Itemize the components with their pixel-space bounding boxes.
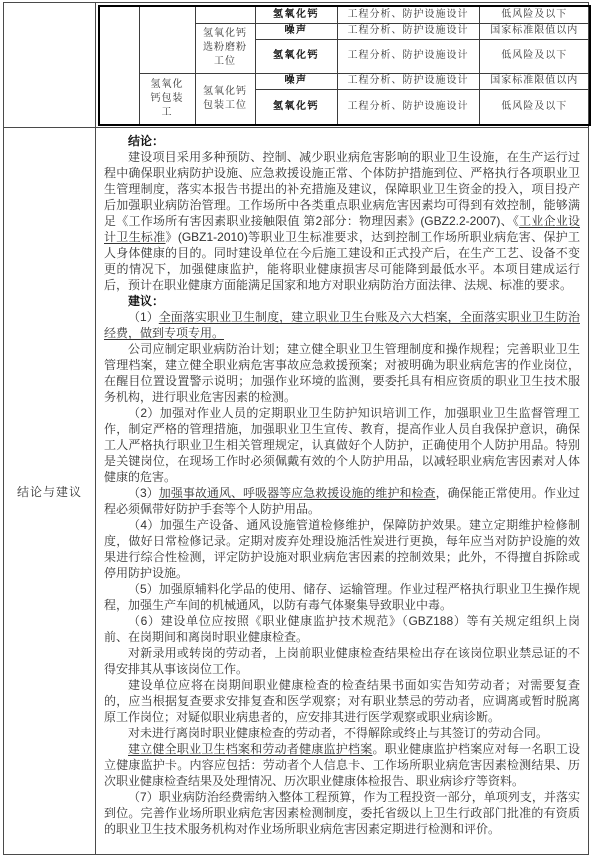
suggestion-4: （4）加强生产设备、通风设施管道检修维护，保障防护效果。建立定期维护检修制度，做…	[104, 517, 580, 581]
text-segment: 建设单位应将在岗期间职业健康检查的检查结果书面如实告知劳动者；对需要复查的，应当…	[104, 678, 580, 724]
report-outer-table: 氢氧化钙 工程分析、防护设施设计 低风险及以下 氢氧化钙选粉磨粉工位 噪声 工程…	[3, 2, 589, 855]
conclusion-section: 结论与建议 结论：建设项目采用多种预防、控制、减少职业病危害影响的职业卫生设施，…	[4, 128, 588, 854]
conclusion-heading: 结论：	[104, 133, 580, 149]
measure-cell: 工程分析、防护设施设计	[337, 23, 479, 39]
text-segment: （4）加强生产设备、通风设施管道检修维护，保障防护效果。建立定期维护检修制度，做…	[104, 518, 580, 580]
hazard-table-container: 氢氧化钙 工程分析、防护设施设计 低风险及以下 氢氧化钙选粉磨粉工位 噪声 工程…	[96, 3, 588, 127]
conclusion-text-area: 结论：建设项目采用多种预防、控制、减少职业病危害影响的职业卫生设施，在生产运行过…	[96, 128, 588, 854]
suggestion-6d: 对未进行离岗时职业健康检查的劳动者，不得解除或终止与其签订的劳动合同。	[104, 725, 580, 741]
conclusion-content-cell: 结论：建设项目采用多种预防、控制、减少职业病危害影响的职业卫生设施，在生产运行过…	[96, 128, 588, 854]
measure-cell: 工程分析、防护设施设计	[337, 39, 479, 73]
suggestion-5: （5）加强原辅料化学品的使用、储存、运输管理。作业过程严格执行职业卫生操作规程，…	[104, 581, 580, 613]
suggestion-2: （2）加强对作业人员的定期职业卫生防护知识培训工作，加强职业卫生监督管理工作，制…	[104, 405, 580, 485]
suggestion-heading: 建议：	[104, 293, 580, 309]
text-segment: 建设项目采用多种预防、控制、减少职业病危害影响的职业卫生设施，在生产运行过程中确…	[104, 150, 580, 228]
text-segment: 对新录用或转岗的劳动者，上岗前职业健康检查结果检出存在该岗位职业禁忌证的不得安排…	[104, 646, 580, 676]
hazard-table-row-section: 氢氧化钙 工程分析、防护设施设计 低风险及以下 氢氧化钙选粉磨粉工位 噪声 工程…	[4, 3, 588, 128]
spacer-cell	[99, 6, 139, 125]
factor-cell: 氢氧化钙	[255, 6, 337, 23]
text-segment: （2）加强对作业人员的定期职业卫生防护知识培训工作，加强职业卫生监督管理工作，制…	[104, 406, 580, 484]
worker-cell-empty	[139, 6, 195, 73]
section-title: 结论与建议	[17, 483, 82, 500]
station-cell: 氢氧化钙包装工位	[195, 73, 255, 125]
risk-cell: 低风险及以下	[479, 39, 590, 73]
suggestion-6c: 建设单位应将在岗期间职业健康检查的检查结果书面如实告知劳动者；对需要复查的，应当…	[104, 677, 580, 725]
conclusion-body: 建设项目采用多种预防、控制、减少职业病危害影响的职业卫生设施，在生产运行过程中确…	[104, 149, 580, 293]
text-segment: （1）	[128, 310, 159, 324]
station-cell: 氢氧化钙选粉磨粉工位	[195, 23, 255, 73]
text-segment: （5）加强原辅料化学品的使用、储存、运输管理。作业过程严格执行职业卫生操作规程，…	[104, 582, 580, 612]
factor-cell: 噪声	[255, 73, 337, 89]
worker-cell: 氢氧化钙包装工	[139, 73, 195, 125]
suggestion-3: （3）加强事故通风、呼吸器等应急救援设施的维护和检查，确保能正常使用。作业过程必…	[104, 485, 580, 517]
underlined-text: 建立健全职业卫生档案和劳动者健康监护档案	[128, 742, 372, 756]
suggestion-1: （1）全面落实职业卫生制度，建立职业卫生台账及六大档案，全面落实职业卫生防治经费…	[104, 309, 580, 341]
suggestion-7: （7）职业病防治经费需纳入整体工程预算，作为工程投资一部分，单项列支，并落实到位…	[104, 789, 580, 837]
measure-cell: 工程分析、防护设施设计	[337, 73, 479, 89]
factor-cell: 氢氧化钙	[255, 39, 337, 73]
suggestion-6: （6）建设单位应按照《职业健康监护技术规范》（GBZ188）等有关规定组织上岗前…	[104, 613, 580, 645]
suggestion-6e: 建立健全职业卫生档案和劳动者健康监护档案。职业健康监护档案应对每一名职工设立健康…	[104, 741, 580, 789]
text-segment: （3）	[128, 486, 159, 500]
text-segment: 对未进行离岗时职业健康检查的劳动者，不得解除或终止与其签订的劳动合同。	[128, 726, 548, 740]
risk-cell: 国家标准限值以内	[479, 73, 590, 89]
underlined-text: 加强事故通风、呼吸器等应急救援设施的维护和检查	[159, 486, 436, 500]
report-page: 氢氧化钙 工程分析、防护设施设计 低风险及以下 氢氧化钙选粉磨粉工位 噪声 工程…	[0, 0, 595, 859]
conclusion-label-cell: 结论与建议	[4, 128, 96, 854]
suggestion-1b: 公司应制定职业病防治计划；建立健全职业卫生管理制度和操作规程；完善职业卫生管理档…	[104, 341, 580, 405]
measure-cell: 工程分析、防护设施设计	[337, 89, 479, 125]
risk-cell: 低风险及以下	[479, 89, 590, 125]
hazard-factor-table: 氢氧化钙 工程分析、防护设施设计 低风险及以下 氢氧化钙选粉磨粉工位 噪声 工程…	[98, 5, 591, 126]
table-row: 氢氧化钙包装工 氢氧化钙包装工位 噪声 工程分析、防护设施设计 国家标准限值以内	[99, 73, 590, 89]
risk-cell: 低风险及以下	[479, 6, 590, 23]
measure-cell: 工程分析、防护设施设计	[337, 6, 479, 23]
text-segment: （6）建设单位应按照《职业健康监护技术规范》（GBZ188）等有关规定组织上岗前…	[104, 614, 580, 644]
underlined-text: 全面落实职业卫生制度，建立职业卫生台账及六大档案，全面落实职业卫生防治经费，做到…	[104, 310, 580, 340]
text-segment: 结论：	[128, 134, 164, 148]
risk-cell: 国家标准限值以内	[479, 23, 590, 39]
factor-cell: 氢氧化钙	[255, 89, 337, 125]
left-label-cell-empty	[4, 3, 96, 127]
station-cell-empty	[195, 6, 255, 23]
factor-cell: 噪声	[255, 23, 337, 39]
text-segment: 》(GBZ1-2010)等职业卫生标准要求，达到控制工作场所职业病危害、保护工人…	[104, 230, 580, 292]
text-segment: （7）职业病防治经费需纳入整体工程预算，作为工程投资一部分，单项列支，并落实到位…	[104, 790, 580, 836]
suggestion-6b: 对新录用或转岗的劳动者，上岗前职业健康检查结果检出存在该岗位职业禁忌证的不得安排…	[104, 645, 580, 677]
text-segment: 公司应制定职业病防治计划；建立健全职业卫生管理制度和操作规程；完善职业卫生管理档…	[104, 342, 580, 404]
text-segment: 建议：	[128, 294, 164, 308]
table-row: 氢氧化钙 工程分析、防护设施设计 低风险及以下	[99, 6, 590, 23]
